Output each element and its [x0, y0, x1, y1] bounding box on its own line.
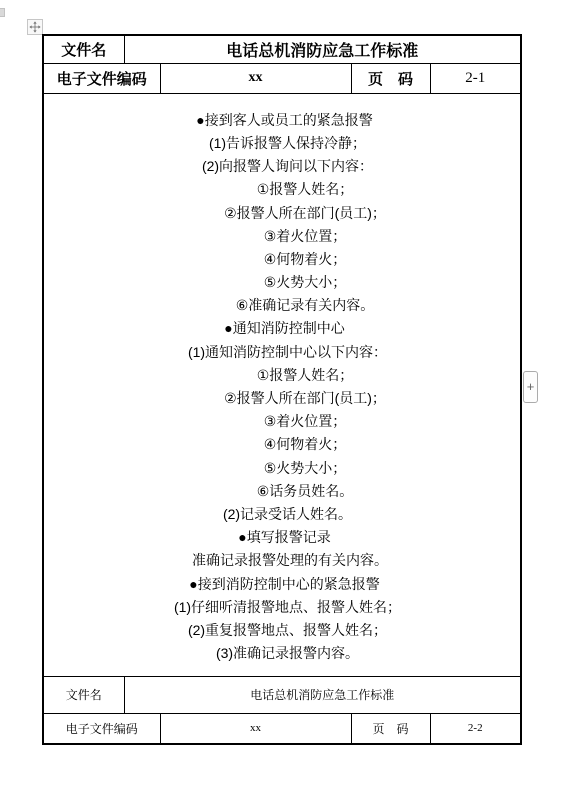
- body-row: ●接到客人或员工的紧急报警(1)告诉报警人保持冷静；(2)向报警人询问以下内容：…: [43, 93, 521, 676]
- body-line: ⑥话务员姓名。: [44, 480, 520, 503]
- header-page-label: 页 码: [351, 63, 430, 93]
- body-line: (3)准确记录报警内容。: [44, 642, 520, 665]
- body-line: ②报警人所在部门(员工)；: [44, 202, 520, 225]
- body-line: ②报警人所在部门(员工)；: [44, 387, 520, 410]
- header-code-label: 电子文件编码: [43, 63, 160, 93]
- header-code-value: xx: [160, 63, 351, 93]
- body-lines: ●接到客人或员工的紧急报警(1)告诉报警人保持冷静；(2)向报警人询问以下内容：…: [44, 104, 520, 666]
- move-arrows-icon: [29, 21, 41, 33]
- header-row-2: 电子文件编码 xx 页 码 2-1: [43, 63, 521, 93]
- body-line: 准确记录报警处理的有关内容。: [44, 549, 520, 572]
- body-line: ●通知消防控制中心: [44, 317, 520, 340]
- body-line: (1)通知消防控制中心以下内容：: [44, 341, 520, 364]
- body-line: ●填写报警记录: [44, 526, 520, 549]
- header-doc-title: 电话总机消防应急工作标准: [124, 35, 521, 63]
- body-content-cell: ●接到客人或员工的紧急报警(1)告诉报警人保持冷静；(2)向报警人询问以下内容：…: [43, 93, 521, 676]
- body-line: ③着火位置；: [44, 225, 520, 248]
- body-line: ④何物着火；: [44, 248, 520, 271]
- body-line: (2)记录受话人姓名。: [44, 503, 520, 526]
- document-table: 文件名 电话总机消防应急工作标准 电子文件编码 xx 页 码 2-1 ●接到客人…: [42, 34, 522, 745]
- body-line: ⑤火势大小；: [44, 457, 520, 480]
- footer-row-1: 文件名 电话总机消防应急工作标准: [43, 676, 521, 713]
- body-line: (1)告诉报警人保持冷静；: [44, 132, 520, 155]
- body-line: ●接到客人或员工的紧急报警: [44, 109, 520, 132]
- body-line: ●接到消防控制中心的紧急报警: [44, 573, 520, 596]
- footer-row-2: 电子文件编码 xx 页 码 2-2: [43, 713, 521, 744]
- body-line: ③着火位置；: [44, 410, 520, 433]
- body-line: (1)仔细听清报警地点、报警人姓名；: [44, 596, 520, 619]
- body-line: ①报警人姓名；: [44, 178, 520, 201]
- header-file-name-label: 文件名: [43, 35, 124, 63]
- body-line: (2)向报警人询问以下内容：: [44, 155, 520, 178]
- header-page-value: 2-1: [430, 63, 521, 93]
- body-line: ①报警人姓名；: [44, 364, 520, 387]
- body-line: (2)重复报警地点、报警人姓名；: [44, 619, 520, 642]
- footer-page-label: 页 码: [351, 713, 430, 744]
- body-line: ⑥准确记录有关内容。: [44, 294, 520, 317]
- footer-code-label: 电子文件编码: [43, 713, 160, 744]
- header-row-1: 文件名 电话总机消防应急工作标准: [43, 35, 521, 63]
- footer-code-value: xx: [160, 713, 351, 744]
- expand-plus-button[interactable]: +: [523, 371, 538, 403]
- footer-file-name-label: 文件名: [43, 676, 124, 713]
- body-line: ④何物着火；: [44, 433, 520, 456]
- footer-page-value: 2-2: [430, 713, 521, 744]
- page-edge-fragment: [0, 8, 5, 17]
- footer-doc-title: 电话总机消防应急工作标准: [124, 676, 521, 713]
- table-move-handle[interactable]: [27, 19, 43, 35]
- body-line: ⑤火势大小；: [44, 271, 520, 294]
